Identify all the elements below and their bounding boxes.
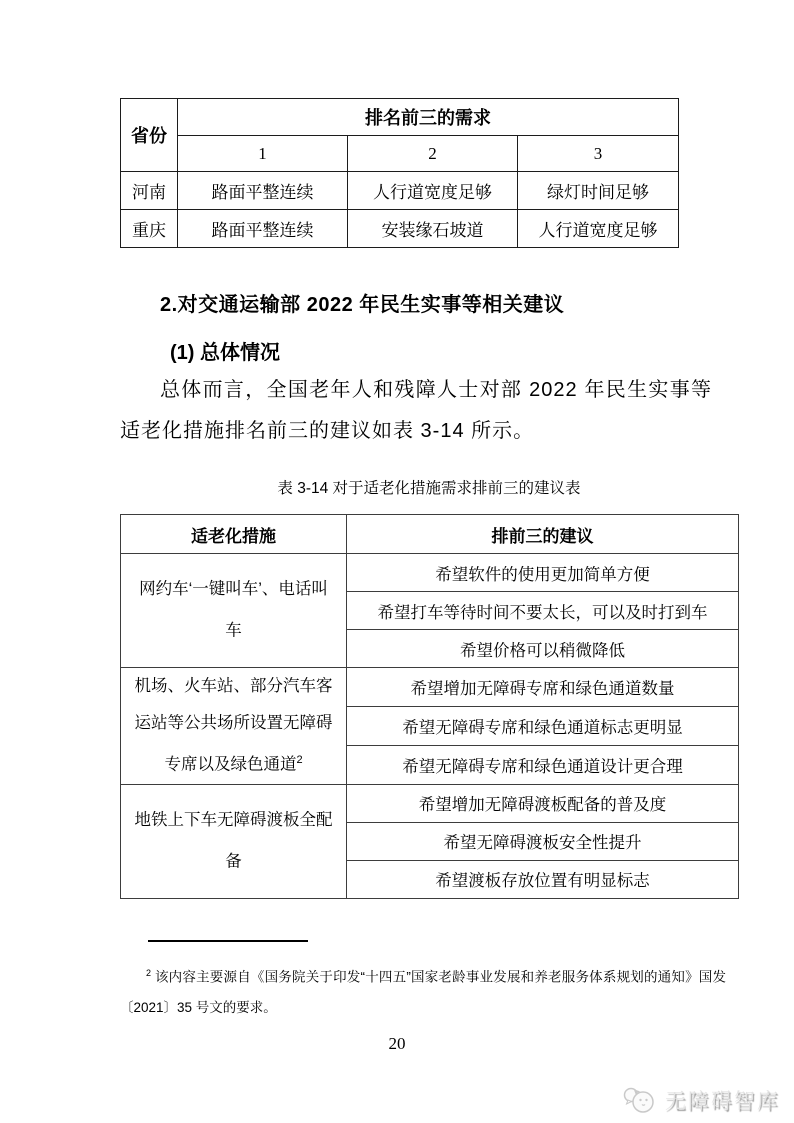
table-row: 地铁上下车无障碍渡板全配备 希望增加无障碍渡板配备的普及度	[121, 784, 739, 822]
suggestion-cell: 希望打车等待时间不要太长，可以及时打到车	[347, 592, 739, 630]
table-row: 河南 路面平整连续 人行道宽度足够 绿灯时间足够	[121, 172, 679, 210]
measure-text: 机场、火车站、部分汽车客运站等公共场所设置无障碍专席以及绿色通道	[135, 677, 333, 774]
suggestion-cell: 希望软件的使用更加简单方便	[347, 554, 739, 592]
need-cell: 路面平整连续	[178, 210, 348, 248]
measure-text: 地铁上下车无障碍渡板全配备	[135, 811, 333, 871]
footnote: 2 该内容主要源自《国务院关于印发“十四五”国家老龄事业发展和养老服务体系规划的…	[120, 958, 726, 1023]
need-cell: 安装缘石坡道	[348, 210, 518, 248]
watermark-text: 无障碍智库	[665, 1085, 780, 1115]
need-cell: 绿灯时间足够	[518, 172, 679, 210]
document-page: 省份 排名前三的需求 1 2 3 河南 路面平整连续 人行道宽度足够 绿灯时间足…	[0, 0, 794, 1123]
think-tank-logo-icon	[622, 1085, 658, 1115]
footnote-divider	[148, 940, 308, 942]
measure-text: 网约车‘一键叫车’、电话叫车	[139, 580, 328, 640]
suggestion-cell: 希望增加无障碍专席和绿色通道数量	[347, 668, 739, 707]
province-column-header: 省份	[121, 99, 178, 172]
page-number: 20	[0, 1034, 794, 1054]
suggestion-cell: 希望增加无障碍渡板配备的普及度	[347, 784, 739, 822]
table-caption: 表 3-14 对于适老化措施需求排前三的建议表	[120, 476, 738, 498]
footnote-text: 该内容主要源自《国务院关于印发“十四五”国家老龄事业发展和养老服务体系规划的通知…	[120, 970, 726, 1015]
suggestions-table: 适老化措施 排前三的建议 网约车‘一键叫车’、电话叫车 希望软件的使用更加简单方…	[120, 514, 739, 899]
suggestion-cell: 希望渡板存放位置有明显标志	[347, 860, 739, 898]
table-row: 网约车‘一键叫车’、电话叫车 希望软件的使用更加简单方便	[121, 554, 739, 592]
need-cell: 人行道宽度足够	[518, 210, 679, 248]
rank-2-header: 2	[348, 136, 518, 172]
subsection-heading: (1) 总体情况	[170, 336, 280, 365]
table-row: 重庆 路面平整连续 安装缘石坡道 人行道宽度足够	[121, 210, 679, 248]
suggestions-column-header: 排前三的建议	[347, 515, 739, 554]
watermark: 无障碍智库	[622, 1085, 780, 1115]
body-paragraph: 总体而言，全国老年人和残障人士对部 2022 年民生实事等适老化措施排名前三的建…	[120, 370, 712, 452]
province-cell: 重庆	[121, 210, 178, 248]
measure-column-header: 适老化措施	[121, 515, 347, 554]
province-cell: 河南	[121, 172, 178, 210]
section-heading: 2.对交通运输部 2022 年民生实事等相关建议	[160, 288, 564, 317]
measure-cell: 机场、火车站、部分汽车客运站等公共场所设置无障碍专席以及绿色通道2	[121, 668, 347, 785]
suggestion-cell: 希望价格可以稍微降低	[347, 630, 739, 668]
province-needs-table: 省份 排名前三的需求 1 2 3 河南 路面平整连续 人行道宽度足够 绿灯时间足…	[120, 98, 679, 248]
rank-1-header: 1	[178, 136, 348, 172]
table-row: 机场、火车站、部分汽车客运站等公共场所设置无障碍专席以及绿色通道2 希望增加无障…	[121, 668, 739, 707]
need-cell: 人行道宽度足够	[348, 172, 518, 210]
rank-3-header: 3	[518, 136, 679, 172]
footnote-marker: 2	[146, 968, 151, 978]
measure-cell: 网约车‘一键叫车’、电话叫车	[121, 554, 347, 668]
need-cell: 路面平整连续	[178, 172, 348, 210]
measure-footnote-ref: 2	[296, 754, 302, 766]
measure-cell: 地铁上下车无障碍渡板全配备	[121, 784, 347, 898]
suggestion-cell: 希望无障碍渡板安全性提升	[347, 822, 739, 860]
suggestion-cell: 希望无障碍专席和绿色通道标志更明显	[347, 706, 739, 745]
top3-needs-header: 排名前三的需求	[178, 99, 679, 136]
suggestion-cell: 希望无障碍专席和绿色通道设计更合理	[347, 745, 739, 784]
